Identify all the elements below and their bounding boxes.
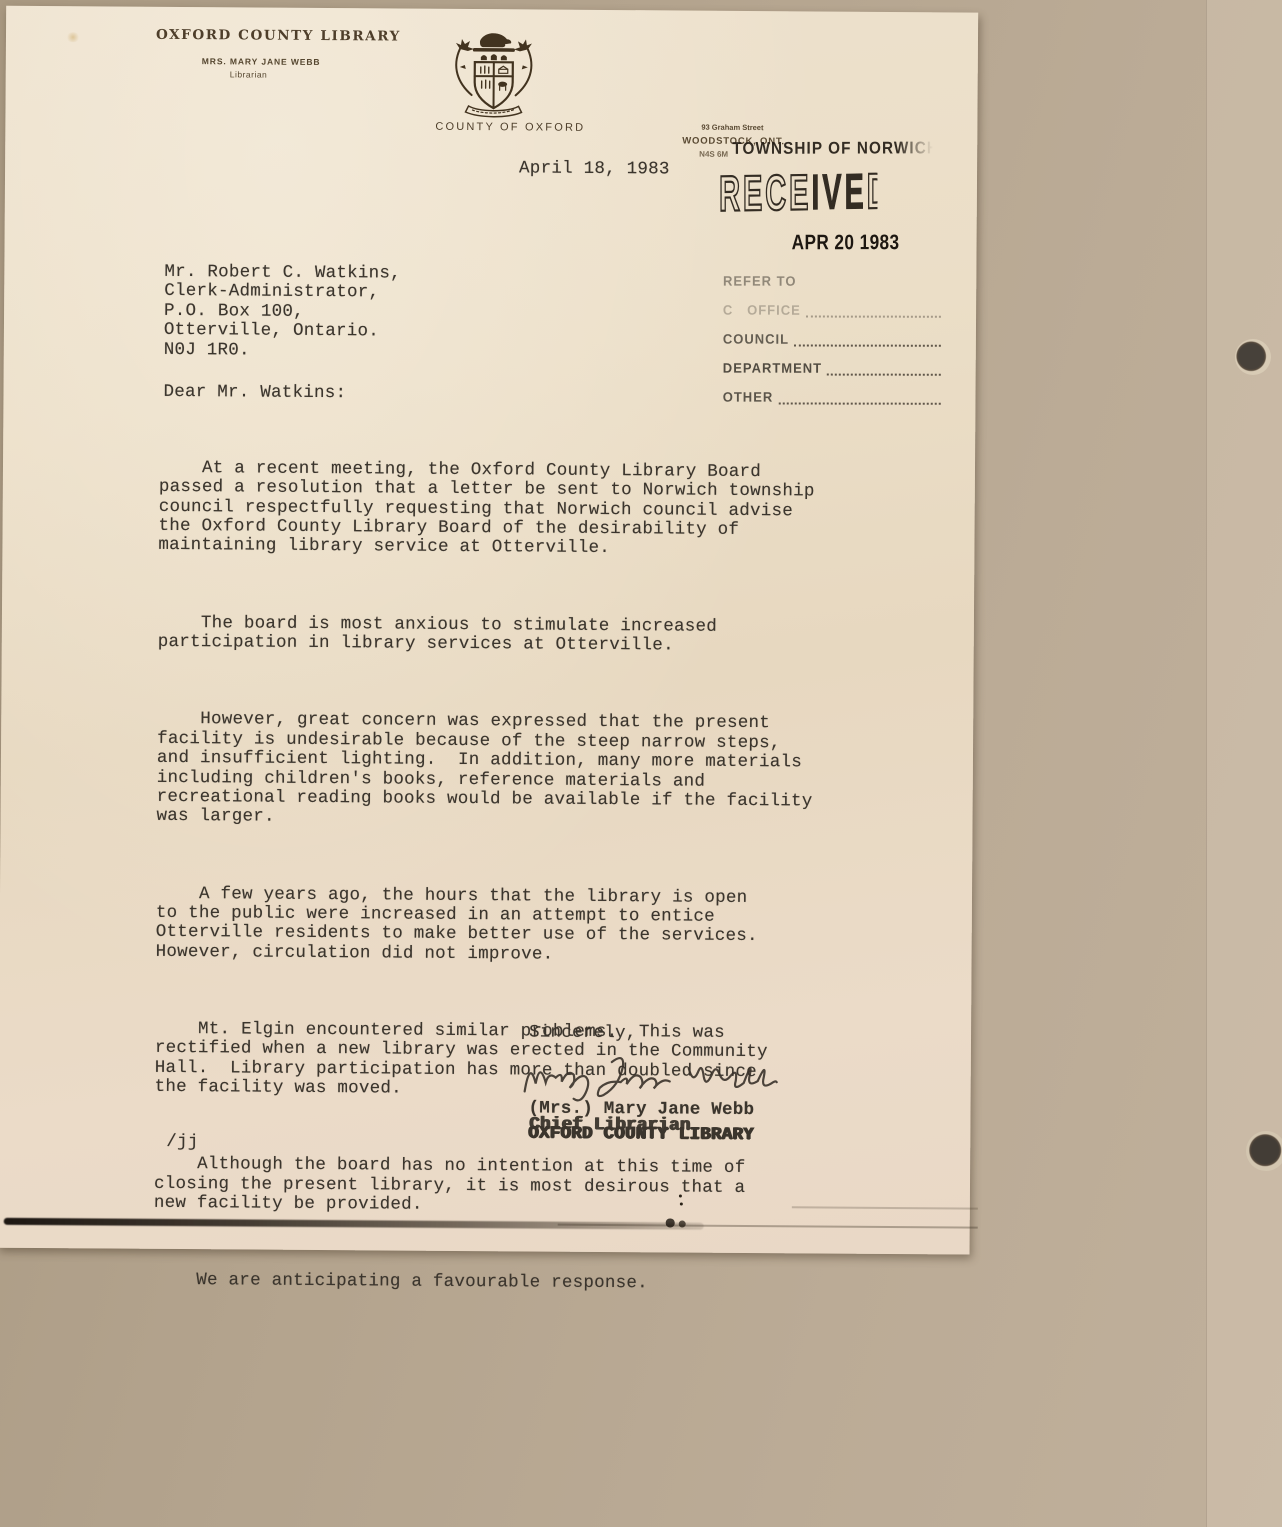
typed-signer-org: OXFORD COUNTY LIBRARY [528, 1124, 754, 1145]
received-stamp-date: APR 20 1983 [792, 231, 900, 255]
stamp-field-department: DEPARTMENT [723, 360, 941, 389]
typist-initials: /jj [166, 1133, 198, 1153]
letter-date: April 18, 1983 [519, 159, 670, 179]
letterhead-librarian-name: MRS. MARY JANE WEBB [202, 56, 321, 67]
letter-page: OXFORD COUNTY LIBRARY MRS. MARY JANE WEB… [0, 6, 978, 1255]
stamp-field-council: COUNCIL [723, 331, 941, 360]
dotted-leader [778, 389, 941, 404]
paragraph: However, great concern was expressed tha… [156, 710, 902, 832]
paragraph: At a recent meeting, the Oxford County L… [158, 459, 904, 561]
punch-hole [1235, 339, 1271, 375]
dotted-leader [806, 303, 941, 318]
received-stamp-word: RECEIVED [719, 164, 891, 221]
letterhead-org-name: OXFORD COUNTY LIBRARY [156, 27, 401, 45]
paragraph: The board is most anxious to stimulate i… [158, 614, 903, 658]
received-stamp-cut-letter: D [867, 164, 891, 218]
scan-artifact-dots [679, 1195, 682, 1198]
letter-body: At a recent meeting, the Oxford County L… [153, 420, 904, 1354]
received-stamp-routing-fields: REFER TO C OFFICE COUNCIL DEPARTMENT OTH… [723, 273, 941, 418]
album-backing-sheet [1206, 0, 1282, 1527]
paragraph: A few years ago, the hours that the libr… [156, 884, 902, 967]
letterhead-librarian-title: Librarian [230, 69, 268, 79]
letterhead-postal-code: N4S 6M [699, 150, 728, 159]
stamp-field-other: OTHER [723, 389, 941, 418]
punch-hole [1246, 1131, 1282, 1171]
received-stamp-filled-letters: IVE [811, 163, 867, 220]
dotted-leader [827, 361, 941, 376]
scanned-letter-photo: OXFORD COUNTY LIBRARY MRS. MARY JANE WEB… [0, 0, 1282, 1527]
received-stamp-outline-letters: RECE [719, 164, 811, 222]
paper-stain [66, 32, 80, 42]
county-crest-icon [437, 29, 550, 122]
paragraph: We are anticipating a favourable respons… [153, 1271, 898, 1296]
recipient-address-block: Mr. Robert C. Watkins, Clerk-Administrat… [164, 263, 401, 362]
paragraph: Although the board has no intention at t… [154, 1155, 899, 1218]
stamp-field-refer-to: REFER TO [723, 273, 941, 302]
dotted-leader [794, 331, 941, 346]
received-stamp-township: TOWNSHIP OF NORWICH [732, 138, 939, 159]
crest-caption: COUNTY OF OXFORD [435, 121, 585, 134]
salutation: Dear Mr. Watkins: [163, 383, 346, 404]
stamp-field-office: C OFFICE [723, 302, 941, 331]
letterhead-street: 93 Graham Street [701, 123, 763, 132]
